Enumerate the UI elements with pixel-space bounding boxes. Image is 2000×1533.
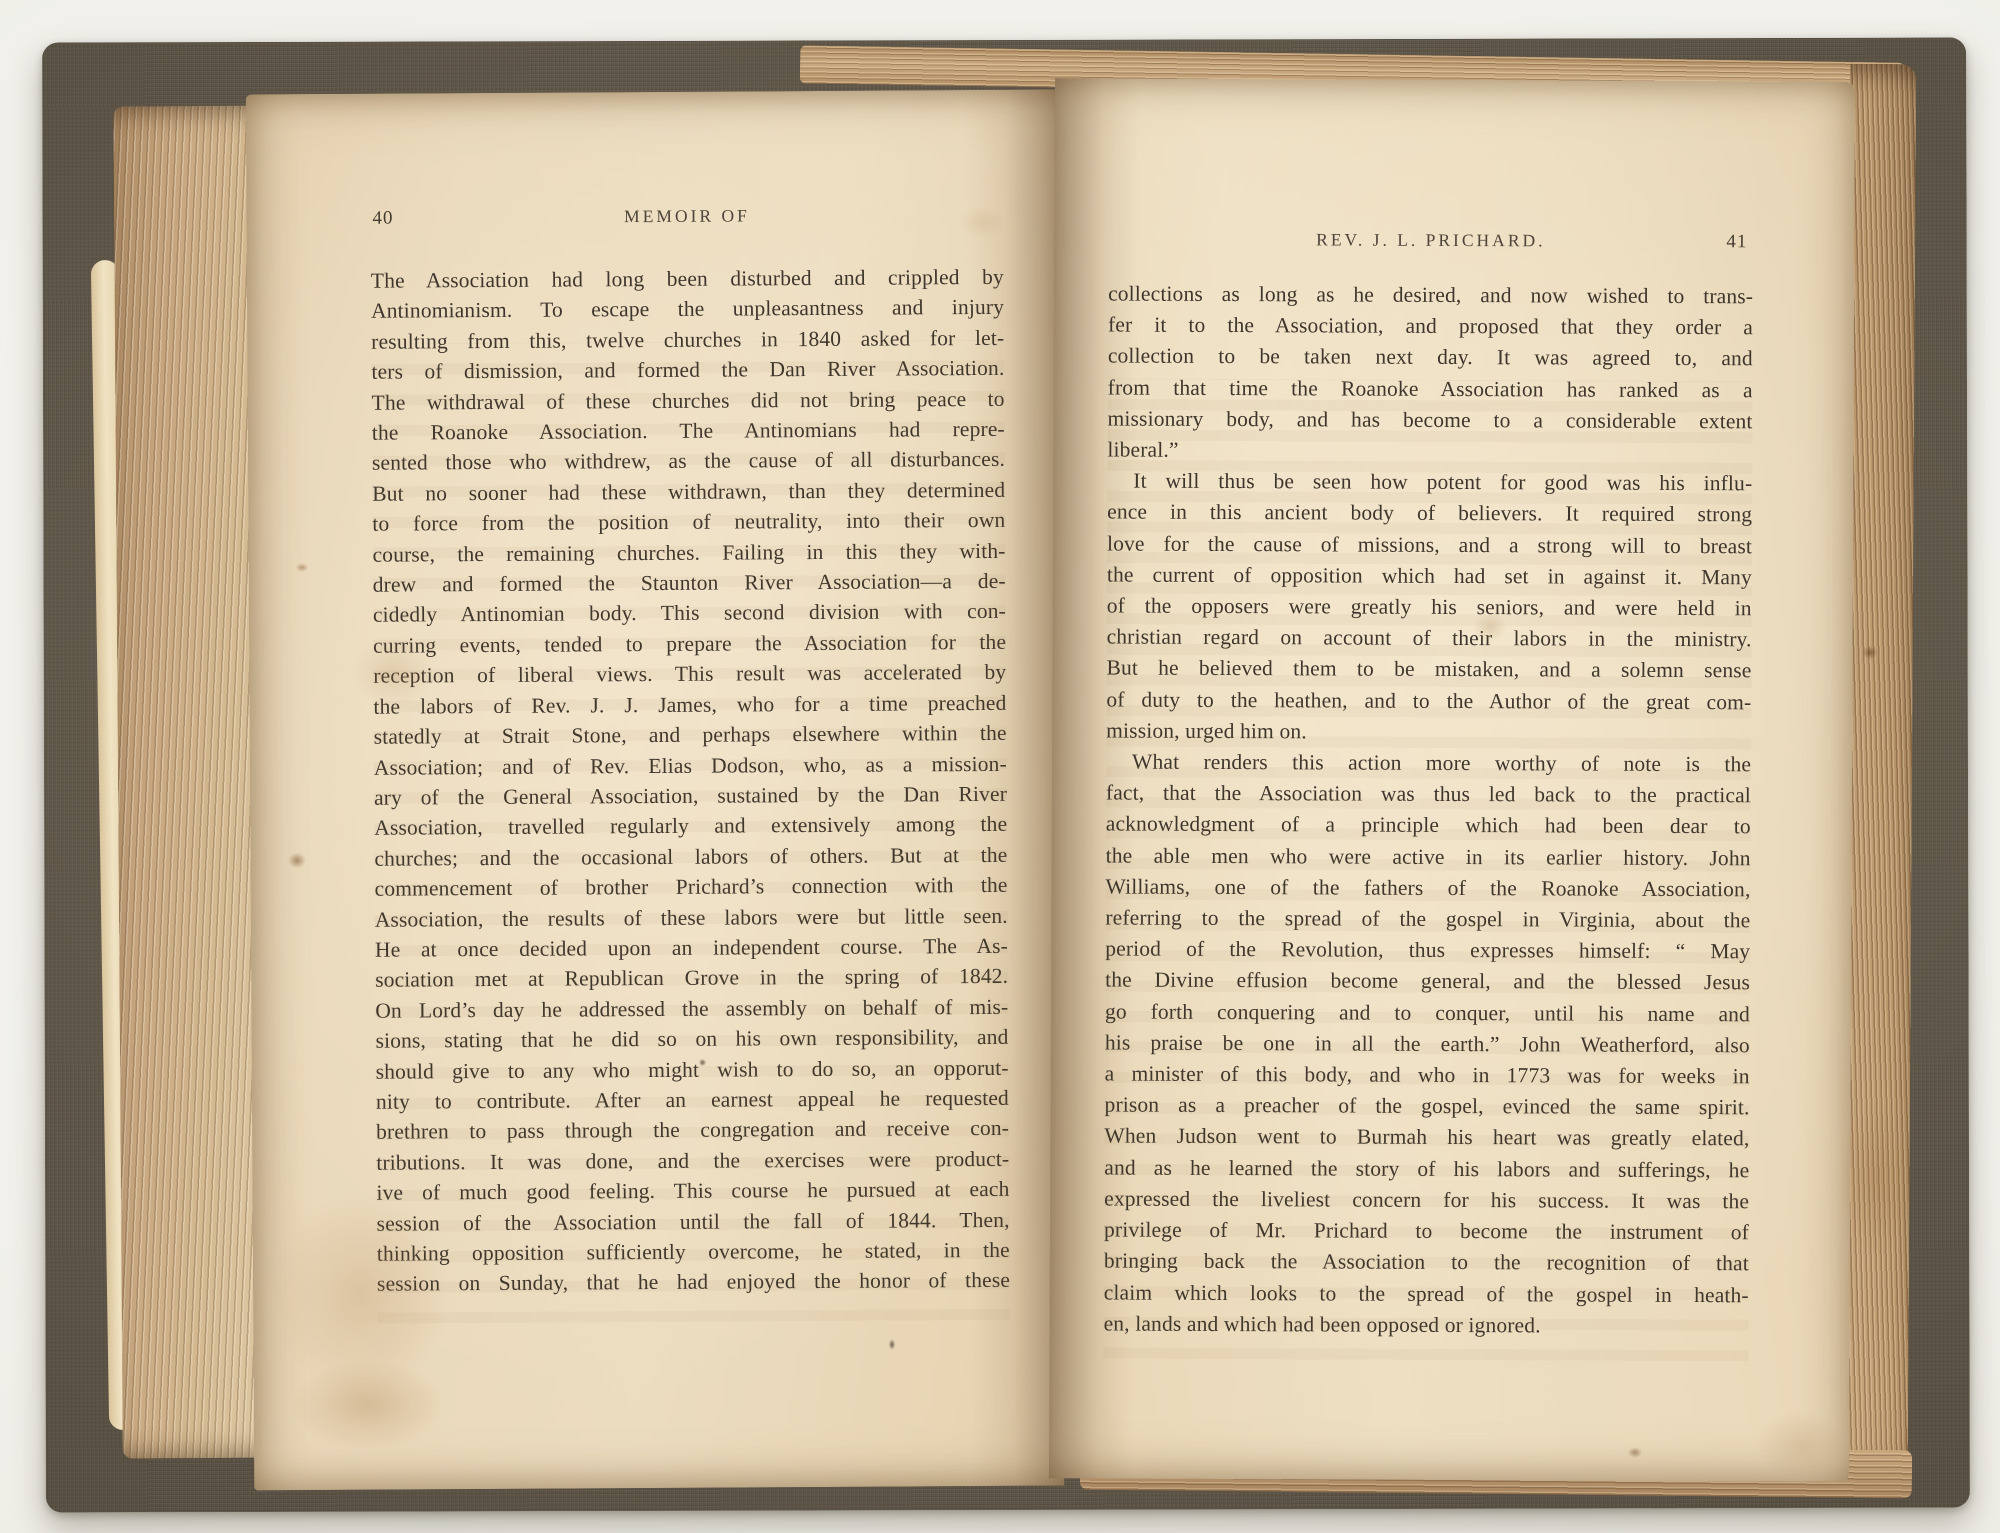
text-line: mission, urged him on. xyxy=(1106,715,1751,749)
text-line: The Association had long been disturbed … xyxy=(371,262,1004,296)
text-line: privilege of Mr. Prichard to become the … xyxy=(1104,1215,1749,1249)
text-line: fact, that the Association was thus led … xyxy=(1106,778,1751,812)
text-line: What renders this action more worthy of … xyxy=(1106,747,1751,781)
text-line: When Judson went to Burmah his heart was… xyxy=(1104,1121,1749,1155)
text-line: of the opposers were greatly his seniors… xyxy=(1107,591,1752,625)
text-line: sented those who withdrew, as the cause … xyxy=(372,444,1005,478)
text-line: course, the remaining churches. Failing … xyxy=(372,536,1005,570)
text-line: session on Sunday, that he had enjoyed t… xyxy=(377,1265,1010,1299)
text-line: from that time the Roanoke Association h… xyxy=(1108,372,1753,406)
text-line: ary of the General Association, sustaine… xyxy=(374,779,1007,813)
text-line: churches; and the occasional labors of o… xyxy=(374,840,1007,874)
text-line: Antinomianism. To escape the unpleasantn… xyxy=(371,292,1004,326)
text-line: cidedly Antinomian body. This second div… xyxy=(373,596,1006,630)
left-page: 40 MEMOIR OF The Association had long be… xyxy=(246,90,1065,1491)
text-line: sociation met at Republican Grove in the… xyxy=(375,961,1008,995)
left-page-body-text: The Association had long been disturbed … xyxy=(371,262,1010,1300)
right-page: REV. J. L. PRICHARD. 41 collections as l… xyxy=(1049,78,1855,1481)
text-line: the labors of Rev. J. J. James, who for … xyxy=(373,688,1006,722)
text-line: expressed the liveliest concern for his … xyxy=(1104,1183,1749,1217)
text-line: drew and formed the Staunton River Assoc… xyxy=(373,566,1006,600)
text-line: Association, travelled regularly and ext… xyxy=(374,809,1007,843)
text-line: of duty to the heathen, and to the Autho… xyxy=(1106,684,1751,718)
right-running-head-row: REV. J. L. PRICHARD. 41 xyxy=(1108,228,1753,252)
text-line: resulting from this, twelve churches in … xyxy=(371,323,1004,357)
text-line: the current of opposition which had set … xyxy=(1107,559,1752,593)
text-line: thinking opposition sufficiently overcom… xyxy=(377,1235,1010,1269)
text-line: Association, the results of these labors… xyxy=(375,900,1008,934)
text-line: missionary body, and has become to a con… xyxy=(1108,403,1753,437)
text-line: collections as long as he desired, and n… xyxy=(1108,278,1753,312)
text-line: fer it to the Association, and proposed … xyxy=(1108,310,1753,344)
text-line: ters of dismission, and formed the Dan R… xyxy=(371,353,1004,387)
text-line: claim which looks to the spread of the g… xyxy=(1104,1277,1749,1311)
text-line: curring events, tended to prepare the As… xyxy=(373,627,1006,661)
text-line: But no sooner had these withdrawn, than … xyxy=(372,475,1005,509)
text-line: bringing back the Association to the rec… xyxy=(1104,1246,1749,1280)
text-line: reception of liberal views. This result … xyxy=(373,657,1006,691)
left-running-head-row: 40 MEMOIR OF xyxy=(370,204,1003,229)
right-running-head: REV. J. L. PRICHARD. xyxy=(1108,228,1753,252)
text-line: the Roanoke Association. The Antinomians… xyxy=(372,414,1005,448)
text-line: go forth conquering and to conquer, unti… xyxy=(1105,996,1750,1030)
text-line: christian regard on account of their lab… xyxy=(1107,622,1752,656)
text-line: referring to the spread of the gospel in… xyxy=(1105,903,1750,937)
right-page-body-text: collections as long as he desired, and n… xyxy=(1104,278,1754,1342)
right-page-number: 41 xyxy=(1726,231,1747,253)
text-line: should give to any who might wish to do … xyxy=(376,1052,1009,1086)
text-line: Williams, one of the fathers of the Roan… xyxy=(1105,871,1750,905)
text-line: session of the Association until the fal… xyxy=(377,1204,1010,1238)
text-line: en, lands and which had been opposed or … xyxy=(1104,1308,1749,1342)
text-line: tributions. It was done, and the exercis… xyxy=(376,1144,1009,1178)
text-line: prison as a preacher of the gospel, evin… xyxy=(1105,1090,1750,1124)
text-line: brethren to pass through the congregatio… xyxy=(376,1113,1009,1147)
text-line: acknowledgment of a principle which had … xyxy=(1106,809,1751,843)
text-line: love for the cause of missions, and a st… xyxy=(1107,528,1752,562)
text-line: statedly at Strait Stone, and perhaps el… xyxy=(374,718,1007,752)
text-line: sions, stating that he did so on his own… xyxy=(375,1022,1008,1056)
text-line: a minister of this body, and who in 1773… xyxy=(1105,1059,1750,1093)
text-line: his praise be one in all the earth.” Joh… xyxy=(1105,1027,1750,1061)
text-line: He at once decided upon an independent c… xyxy=(375,931,1008,965)
text-line: to force from the position of neutrality… xyxy=(372,505,1005,539)
left-page-number: 40 xyxy=(372,208,393,230)
text-line: period of the Revolution, thus expresses… xyxy=(1105,934,1750,968)
text-line: ive of much good feeling. This course he… xyxy=(376,1174,1009,1208)
text-line: ence in this ancient body of believers. … xyxy=(1107,497,1752,531)
text-line: liberal.” xyxy=(1107,435,1752,469)
text-line: The withdrawal of these churches did not… xyxy=(372,383,1005,417)
text-line: But he believed them to be mistaken, and… xyxy=(1106,653,1751,687)
text-line: nity to contribute. After an earnest app… xyxy=(376,1083,1009,1117)
text-line: the able men who were active in its earl… xyxy=(1106,840,1751,874)
text-line: and as he learned the story of his labor… xyxy=(1104,1152,1749,1186)
text-line: It will thus be seen how potent for good… xyxy=(1107,466,1752,500)
text-line: collection to be taken next day. It was … xyxy=(1108,341,1753,375)
open-book-photo: 40 MEMOIR OF The Association had long be… xyxy=(0,0,2000,1533)
text-line: commencement of brother Prichard’s conne… xyxy=(375,870,1008,904)
left-running-head: MEMOIR OF xyxy=(370,204,1003,229)
text-line: Association; and of Rev. Elias Dodson, w… xyxy=(374,748,1007,782)
text-line: On Lord’s day he addressed the assembly … xyxy=(375,992,1008,1026)
text-line: the Divine effusion become general, and … xyxy=(1105,965,1750,999)
